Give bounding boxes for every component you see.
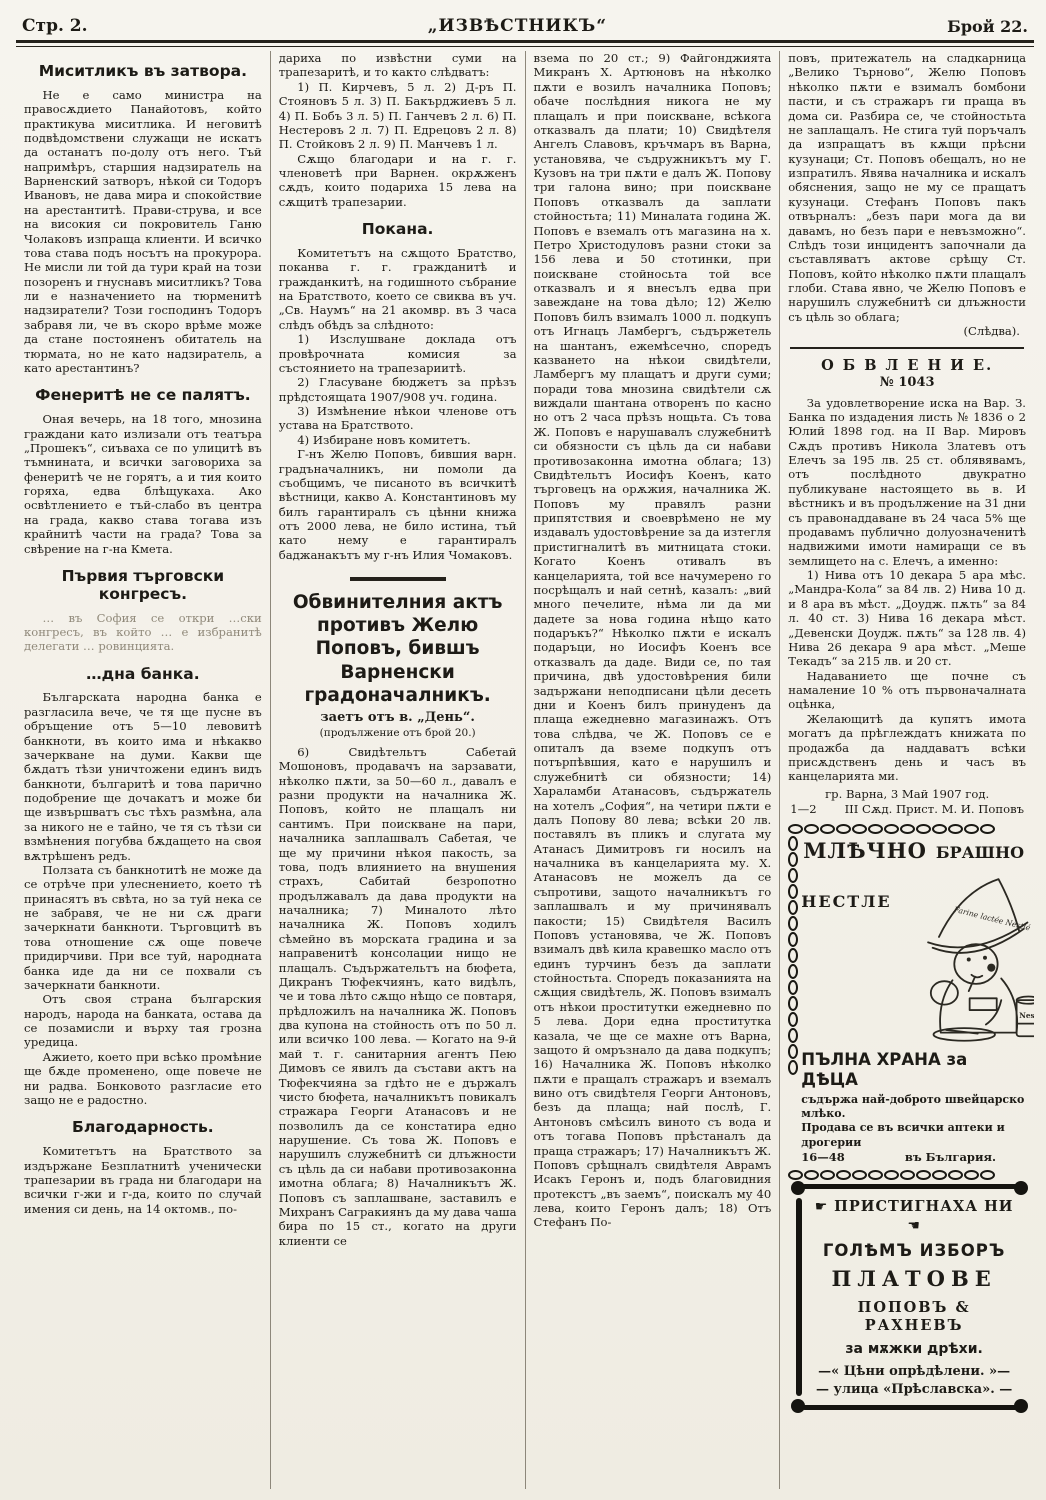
header-rule: [16, 40, 1034, 47]
notice-place-date: гр. Варна, 3 Май 1907 год.: [788, 787, 1026, 801]
platove-corner-ornament: [791, 1399, 805, 1413]
chain-link: [788, 1060, 798, 1075]
chain-border-top: [788, 824, 1026, 834]
article-headline: Благодарность.: [28, 1119, 258, 1137]
chain-link: [788, 836, 798, 851]
article-paragraph: 1) Нива отъ 10 декара 5 ара мѣс. „Мандра…: [788, 568, 1026, 669]
article-paragraph: Комитетътъ на Братството за издържане Бе…: [24, 1144, 262, 1216]
chain-link: [788, 916, 798, 931]
article-headline-main: Обвинителния актъ противъ Желю Поповъ, б…: [279, 591, 517, 707]
chain-link: [884, 1170, 899, 1180]
article-paragraph: Сѫщо благодари и на г. г. членоветѣ при …: [279, 152, 517, 210]
columns-area: Миситликъ въ затвора.Не е само министра …: [16, 51, 1034, 1489]
platove-border-top: [802, 1184, 1024, 1189]
nestle-ad-code: 16—48: [801, 1150, 845, 1164]
chain-link: [836, 824, 851, 834]
article-to-be-continued: (Слѣдва).: [788, 324, 1020, 338]
nestle-title-milk: МЛѢЧНО: [803, 838, 927, 864]
chain-link: [900, 824, 915, 834]
platove-ad-frame: ☛ ПРИСТИГНАХА НИ ☚ГОЛѢМЪ ИЗБОРЪПЛАТОВЕПО…: [788, 1182, 1026, 1412]
chain-link: [788, 900, 798, 915]
platove-corner-ornament: [1014, 1181, 1028, 1195]
article-headline: Миситликъ въ затвора.: [28, 63, 258, 81]
article-paragraph: Комитетътъ на сѫщото Братство, поканва г…: [279, 246, 517, 332]
nestle-ad-region: въ България.: [905, 1150, 996, 1164]
nestle-baby-illustration: Farine lactée Nestlé Nestlé: [892, 864, 1034, 1049]
chain-link: [788, 868, 798, 883]
chain-link: [852, 1170, 867, 1180]
chain-border-left: [788, 836, 798, 1164]
article-paragraph: Българската народна банка е разгласила в…: [24, 690, 262, 863]
notice-number: № 1043: [788, 375, 1026, 391]
article-paragraph-continued: взема по 20 ст.; 9) Файгонджията Микранъ…: [534, 51, 772, 1230]
notice-headline: О Б В Л Е Н И Е.: [788, 357, 1026, 375]
article-paragraph: Отъ своя страна българския народъ, народ…: [24, 992, 262, 1050]
nestle-ad-body: МЛѢЧНОБРАШНОНЕСТЛЕ Farine lactée Nestlé …: [788, 836, 1026, 1164]
section-rule: [790, 347, 1024, 349]
article-subtitle: заетъ отъ в. „День“.: [279, 710, 517, 726]
platove-owners-line: ПОПОВЪ & РАХНЕВЪ: [812, 1299, 1016, 1335]
chain-link: [788, 1012, 798, 1027]
platove-arrived-line: ☛ ПРИСТИГНАХА НИ ☚: [812, 1198, 1016, 1235]
article-paragraph: Надаванието ще почне съ намаление 10 % о…: [788, 669, 1026, 712]
platove-border-bottom: [802, 1405, 1024, 1410]
platove-clothes-line: за мѫжки дрѣхи.: [812, 1341, 1016, 1358]
chain-link: [916, 824, 931, 834]
platove-border-left: [796, 1198, 802, 1396]
newspaper-column-3: взема по 20 ст.; 9) Файгонджията Микранъ…: [525, 51, 780, 1489]
nestle-ad-middle: НЕСТЛЕ Farine lactée Nestlé Nestlé: [801, 864, 1026, 1049]
platove-fabrics-line: ПЛАТОВЕ: [812, 1266, 1016, 1292]
article-paragraph: За удовлетворение иска на Вар. З. Банка …: [788, 396, 1026, 569]
chain-link: [932, 824, 947, 834]
page-header: Стр. 2. „ИЗВѢСТНИКЪ“ Брой 22.: [16, 8, 1034, 39]
platove-ad: ☛ ПРИСТИГНАХА НИ ☚ГОЛѢМЪ ИЗБОРЪПЛАТОВЕПО…: [788, 1170, 1026, 1412]
article-paragraph: 3) Измѣнение нѣкои членове отъ устава на…: [279, 404, 517, 433]
newspaper-column-4: повъ, притежатель на сладкарница „Велико…: [779, 51, 1034, 1489]
article-paragraph: Ползата съ банкнотитѣ не може да се отрѣ…: [24, 863, 262, 992]
page-number: Стр. 2.: [22, 16, 88, 36]
article-paragraph: 6) Свидѣтельтъ Сабетай Мошоновъ, продава…: [279, 745, 517, 1248]
article-headline: Първия търговски конгресъ.: [28, 568, 258, 604]
chain-link: [948, 1170, 963, 1180]
pointing-hand-left-icon: ☚: [907, 1218, 921, 1234]
article-headline: Фенеритѣ не се палятъ.: [28, 387, 258, 405]
article-paragraph: 1) Изслушване доклада отъ провѣрочната к…: [279, 332, 517, 375]
nestle-title-flour: БРАШНО: [936, 843, 1024, 863]
chain-link: [948, 824, 963, 834]
chain-link: [932, 1170, 947, 1180]
nestle-ad: МЛѢЧНОБРАШНОНЕСТЛЕ Farine lactée Nestlé …: [788, 824, 1026, 1164]
chain-link: [964, 1170, 979, 1180]
article-paragraph: Ажието, което при всѣко промѣние ще бѫде…: [24, 1050, 262, 1108]
newspaper-page: Стр. 2. „ИЗВѢСТНИКЪ“ Брой 22. Миситликъ …: [0, 0, 1046, 1500]
section-separator-bar: [350, 577, 446, 581]
platove-street-line: — улица «Прѣславска». —: [812, 1382, 1016, 1398]
chain-link: [788, 980, 798, 995]
nestle-ad-line: Продава се въ всички аптеки и дрогерии: [801, 1121, 1026, 1150]
chain-link: [788, 1028, 798, 1043]
nestle-ad-title-row: МЛѢЧНОБРАШНО: [803, 838, 1024, 864]
issue-number: Брой 22.: [947, 17, 1028, 36]
chain-link: [788, 1044, 798, 1059]
article-headline: Покана.: [283, 221, 513, 239]
svg-text:Nestlé: Nestlé: [1019, 1012, 1034, 1021]
notice-signature-row: 1—2III Сѫд. Прист. М. И. Поповъ: [790, 802, 1024, 816]
nestle-baby-drawing: Farine lactée Nestlé Nestlé: [892, 864, 1034, 1046]
chain-link: [884, 824, 899, 834]
chain-link: [788, 964, 798, 979]
chain-link: [804, 824, 819, 834]
newspaper-column-1: Миситликъ въ затвора.Не е само министра …: [16, 51, 270, 1489]
chain-link: [852, 824, 867, 834]
chain-link: [788, 852, 798, 867]
article-paragraph: Желающитѣ да купятъ имота могатъ да прѣг…: [788, 712, 1026, 784]
platove-corner-ornament: [1014, 1399, 1028, 1413]
chain-link: [868, 1170, 883, 1180]
pointing-hand-right-icon: ☛: [815, 1199, 834, 1215]
notice-bailiff-signature: III Сѫд. Прист. М. И. Поповъ: [845, 802, 1024, 816]
chain-link: [820, 1170, 835, 1180]
article-headline: …дна банка.: [28, 666, 258, 684]
platove-arrived-text: ПРИСТИГНАХА НИ: [834, 1198, 1013, 1215]
article-continuation-note: (продължение отъ брой 20.): [279, 727, 517, 740]
nestle-ad-headline: ПЪЛНА ХРАНА за ДѢЦА: [801, 1050, 1026, 1091]
chain-link: [788, 996, 798, 1011]
chain-link: [916, 1170, 931, 1180]
chain-link: [900, 1170, 915, 1180]
chain-link: [788, 948, 798, 963]
article-paragraph: 1) П. Кирчевъ, 5 л. 2) Д-ръ П. Стояновъ …: [279, 80, 517, 152]
chain-link: [836, 1170, 851, 1180]
article-paragraph: Г-нъ Желю Поповъ, бившия варн. градънача…: [279, 447, 517, 562]
platove-prices-line: —« Цѣни опрѣдѣлени. »—: [812, 1364, 1016, 1380]
notice-insertion-count: 1—2: [790, 802, 816, 816]
chain-link: [820, 824, 835, 834]
chain-link: [788, 824, 803, 834]
platove-selection-line: ГОЛѢМЪ ИЗБОРЪ: [812, 1241, 1016, 1261]
chain-link: [868, 824, 883, 834]
nestle-ad-footer: 16—48въ България.: [801, 1150, 1026, 1164]
article-paragraph-continued: повъ, притежатель на сладкарница „Велико…: [788, 51, 1026, 324]
chain-link: [788, 1170, 803, 1180]
masthead-title: „ИЗВѢСТНИКЪ“: [428, 16, 607, 36]
chain-link: [980, 824, 995, 834]
nestle-ad-content: МЛѢЧНОБРАШНОНЕСТЛЕ Farine lactée Nestlé …: [801, 836, 1026, 1164]
chain-link: [788, 932, 798, 947]
newspaper-column-2: дариха по извѣстни суми на трапезаритѣ, …: [270, 51, 525, 1489]
nestle-ad-line: съдържа най-доброто швейцарско млѣко.: [801, 1093, 1026, 1122]
article-paragraph: 4) Избиране новъ комитетъ.: [279, 433, 517, 447]
article-paragraph-faded: … въ София се откри …ски конгресъ, въ ко…: [24, 611, 262, 654]
chain-link: [964, 824, 979, 834]
article-paragraph: Оная вечерь, на 18 того, мнозина граждан…: [24, 412, 262, 556]
platove-corner-ornament: [791, 1181, 805, 1195]
chain-link: [980, 1170, 995, 1180]
article-paragraph-continued: дариха по извѣстни суми на трапезаритѣ, …: [279, 51, 517, 80]
article-paragraph: 2) Гласуване бюджетъ за прѣзъ прѣдстояща…: [279, 375, 517, 404]
chain-link: [804, 1170, 819, 1180]
article-paragraph: Не е само министра на правосѫдието Панай…: [24, 88, 262, 376]
nestle-brand-name: НЕСТЛЕ: [801, 892, 891, 912]
chain-link: [788, 884, 798, 899]
svg-text:Farine lactée Nestlé: Farine lactée Nestlé: [951, 905, 1031, 933]
chain-border-top: [788, 1170, 1026, 1180]
